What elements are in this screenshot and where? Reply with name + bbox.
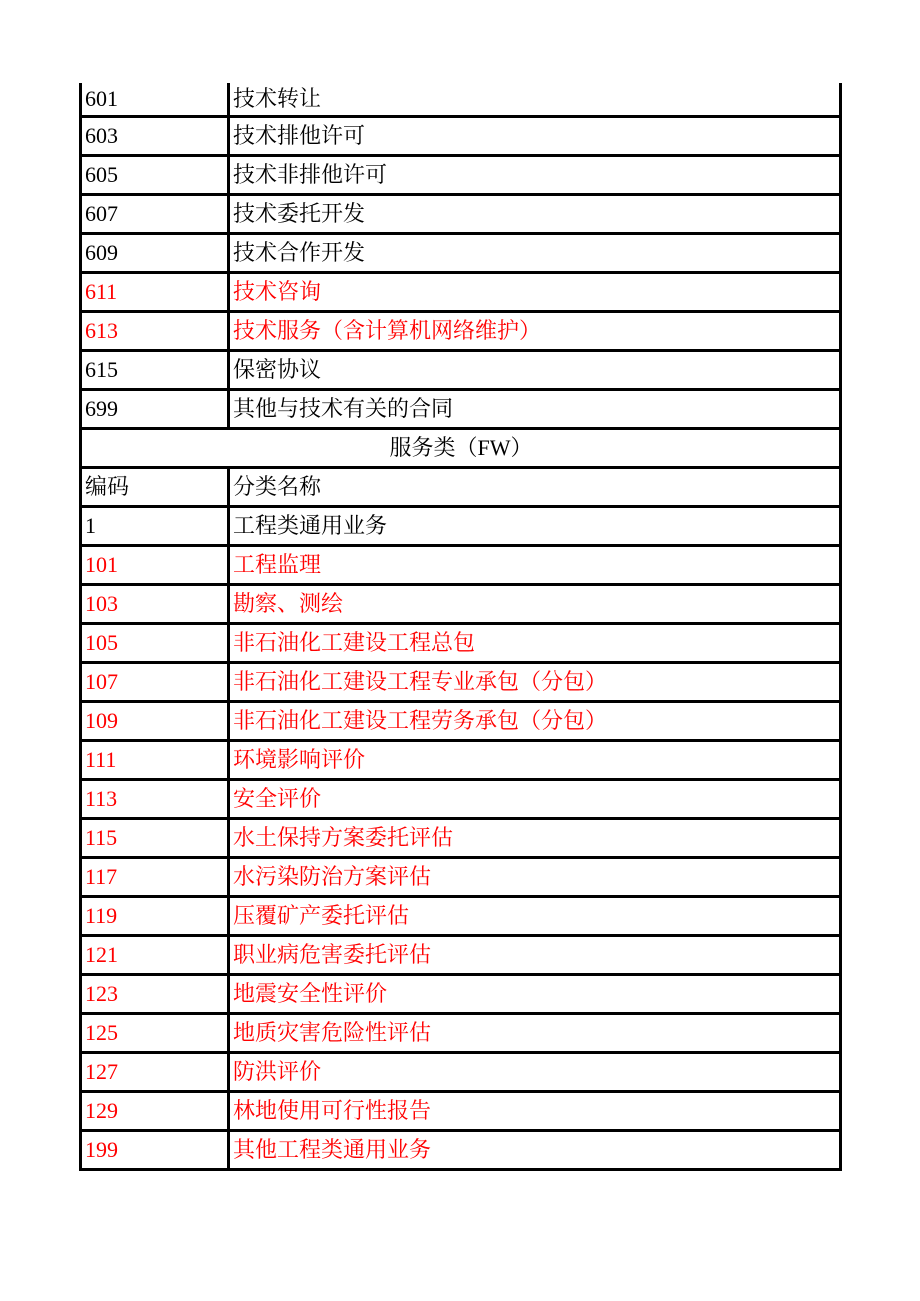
- name-cell: 技术服务（含计算机网络维护）: [229, 312, 841, 351]
- table-row: 129林地使用可行性报告: [81, 1092, 841, 1131]
- table-row: 613技术服务（含计算机网络维护）: [81, 312, 841, 351]
- code-cell: 1: [81, 507, 229, 546]
- section-header-cell: 服务类（FW）: [81, 429, 841, 468]
- code-cell: 101: [81, 546, 229, 585]
- code-cell: 699: [81, 390, 229, 429]
- name-cell: 勘察、测绘: [229, 585, 841, 624]
- table-row: 111环境影响评价: [81, 741, 841, 780]
- table-row: 601技术转让: [81, 83, 841, 117]
- name-cell: 技术排他许可: [229, 117, 841, 156]
- contract-category-table: 601技术转让603技术排他许可605技术非排他许可607技术委托开发609技术…: [79, 83, 842, 1171]
- code-cell: 613: [81, 312, 229, 351]
- name-cell: 技术非排他许可: [229, 156, 841, 195]
- table-row: 1工程类通用业务: [81, 507, 841, 546]
- code-cell: 119: [81, 897, 229, 936]
- table-row: 109非石油化工建设工程劳务承包（分包）: [81, 702, 841, 741]
- code-cell: 603: [81, 117, 229, 156]
- name-cell: 技术转让: [229, 83, 841, 117]
- code-cell: 611: [81, 273, 229, 312]
- table-row: 101工程监理: [81, 546, 841, 585]
- code-cell: 605: [81, 156, 229, 195]
- code-cell: 615: [81, 351, 229, 390]
- column-header-row: 编码分类名称: [81, 468, 841, 507]
- table-body: 601技术转让603技术排他许可605技术非排他许可607技术委托开发609技术…: [81, 83, 841, 1170]
- name-cell: 非石油化工建设工程劳务承包（分包）: [229, 702, 841, 741]
- name-cell: 水污染防治方案评估: [229, 858, 841, 897]
- table-row: 107非石油化工建设工程专业承包（分包）: [81, 663, 841, 702]
- code-cell: 199: [81, 1131, 229, 1170]
- code-cell: 117: [81, 858, 229, 897]
- name-cell: 非石油化工建设工程总包: [229, 624, 841, 663]
- name-cell: 工程类通用业务: [229, 507, 841, 546]
- code-cell: 103: [81, 585, 229, 624]
- name-cell: 其他工程类通用业务: [229, 1131, 841, 1170]
- code-cell: 109: [81, 702, 229, 741]
- table-row: 103勘察、测绘: [81, 585, 841, 624]
- table-row: 607技术委托开发: [81, 195, 841, 234]
- table-row: 125地质灾害危险性评估: [81, 1014, 841, 1053]
- code-cell: 607: [81, 195, 229, 234]
- name-cell: 环境影响评价: [229, 741, 841, 780]
- name-cell: 地质灾害危险性评估: [229, 1014, 841, 1053]
- name-cell: 水土保持方案委托评估: [229, 819, 841, 858]
- code-cell: 105: [81, 624, 229, 663]
- table-row: 119压覆矿产委托评估: [81, 897, 841, 936]
- document-page: 601技术转让603技术排他许可605技术非排他许可607技术委托开发609技术…: [0, 0, 920, 1301]
- code-cell: 111: [81, 741, 229, 780]
- code-cell: 123: [81, 975, 229, 1014]
- table-row: 105非石油化工建设工程总包: [81, 624, 841, 663]
- code-cell: 129: [81, 1092, 229, 1131]
- name-cell: 非石油化工建设工程专业承包（分包）: [229, 663, 841, 702]
- table-row: 605技术非排他许可: [81, 156, 841, 195]
- table-row: 127防洪评价: [81, 1053, 841, 1092]
- table-row: 123地震安全性评价: [81, 975, 841, 1014]
- name-cell: 压覆矿产委托评估: [229, 897, 841, 936]
- name-cell: 技术委托开发: [229, 195, 841, 234]
- name-cell: 工程监理: [229, 546, 841, 585]
- table-row: 699其他与技术有关的合同: [81, 390, 841, 429]
- table-row: 117水污染防治方案评估: [81, 858, 841, 897]
- name-cell: 技术咨询: [229, 273, 841, 312]
- table-row: 615保密协议: [81, 351, 841, 390]
- name-cell: 保密协议: [229, 351, 841, 390]
- name-cell: 地震安全性评价: [229, 975, 841, 1014]
- table-row: 609技术合作开发: [81, 234, 841, 273]
- code-cell: 121: [81, 936, 229, 975]
- name-cell: 林地使用可行性报告: [229, 1092, 841, 1131]
- table-row: 113安全评价: [81, 780, 841, 819]
- table-row: 115水土保持方案委托评估: [81, 819, 841, 858]
- name-column-header: 分类名称: [229, 468, 841, 507]
- name-cell: 技术合作开发: [229, 234, 841, 273]
- code-column-header: 编码: [81, 468, 229, 507]
- table-row: 603技术排他许可: [81, 117, 841, 156]
- code-cell: 115: [81, 819, 229, 858]
- code-cell: 601: [81, 83, 229, 117]
- name-cell: 安全评价: [229, 780, 841, 819]
- code-cell: 127: [81, 1053, 229, 1092]
- name-cell: 职业病危害委托评估: [229, 936, 841, 975]
- table-row: 199其他工程类通用业务: [81, 1131, 841, 1170]
- table-row: 121职业病危害委托评估: [81, 936, 841, 975]
- code-cell: 113: [81, 780, 229, 819]
- code-cell: 125: [81, 1014, 229, 1053]
- table-row: 611技术咨询: [81, 273, 841, 312]
- name-cell: 防洪评价: [229, 1053, 841, 1092]
- code-cell: 107: [81, 663, 229, 702]
- name-cell: 其他与技术有关的合同: [229, 390, 841, 429]
- section-header-row: 服务类（FW）: [81, 429, 841, 468]
- code-cell: 609: [81, 234, 229, 273]
